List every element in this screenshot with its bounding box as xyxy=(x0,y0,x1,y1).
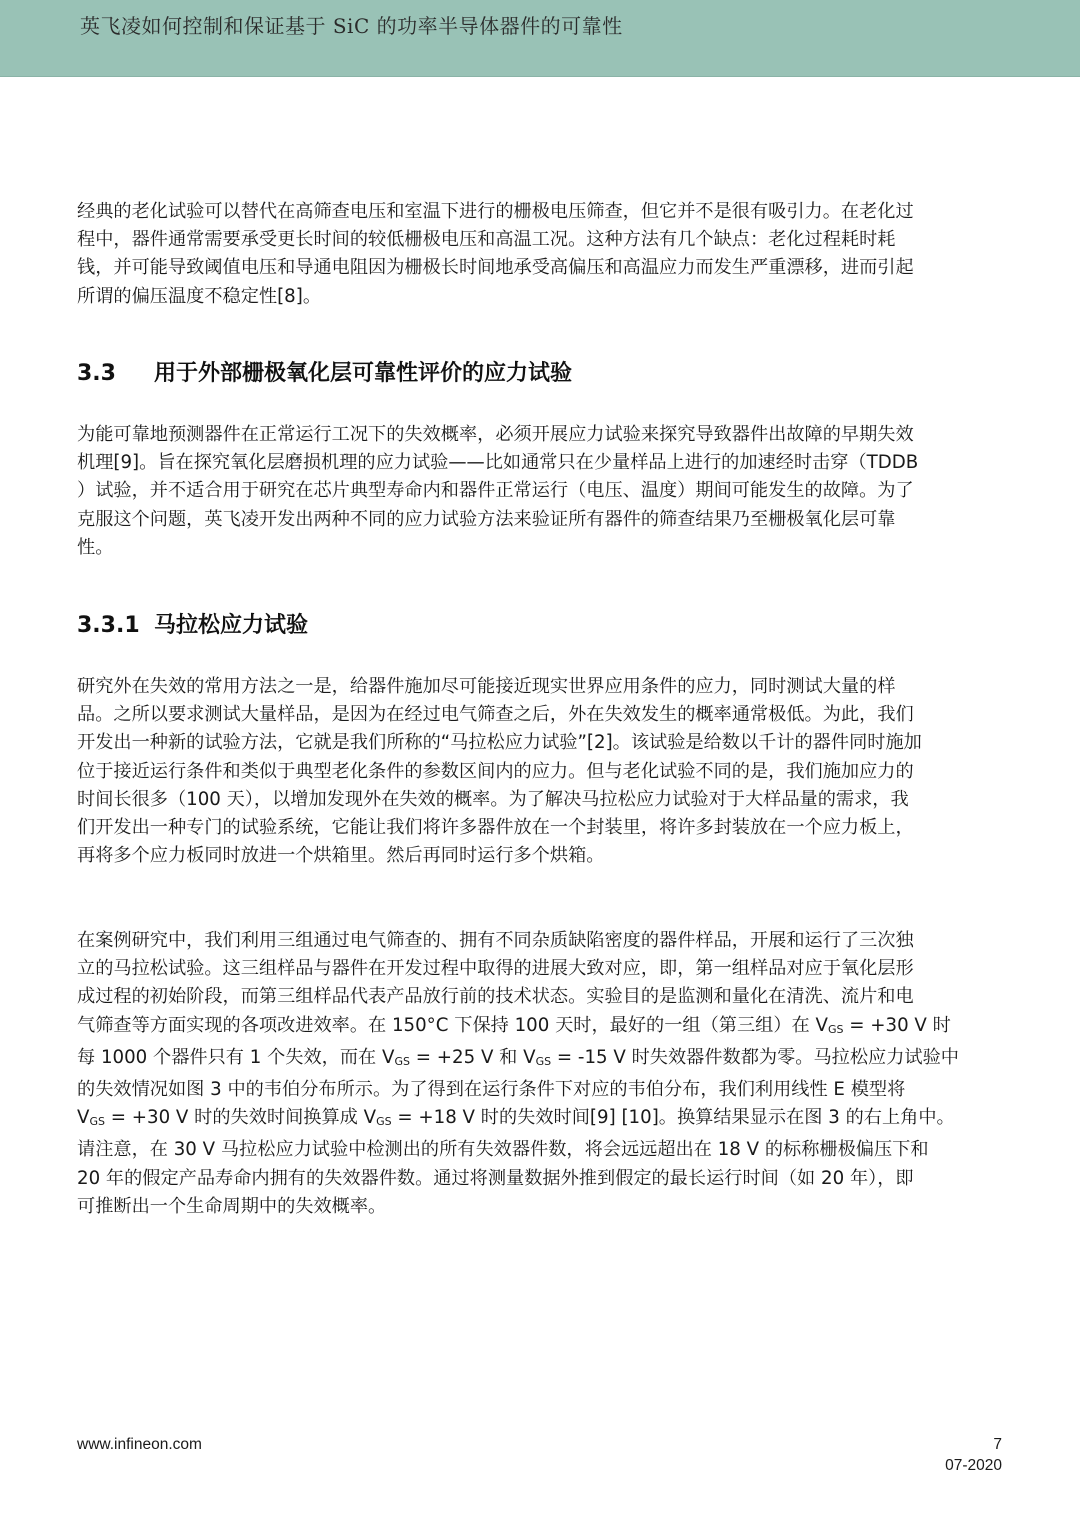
intro-paragraph: 经典的老化试验可以替代在高筛查电压和室温下进行的栅极电压筛查，但它并不是很有吸引… xyxy=(77,198,1002,311)
section-title: 马拉松应力试验 xyxy=(154,613,308,638)
text-run: = +25 V 和 V xyxy=(410,1047,536,1068)
text-line: 20 年的假定产品寿命内拥有的失效器件数。通过将测量数据外推到假定的最长运行时间… xyxy=(77,1165,1002,1193)
subscript-gs: GS xyxy=(89,1115,105,1128)
text-run: 每 1000 个器件只有 1 个失效，而在 V xyxy=(77,1047,394,1068)
text-line-with-subscript: 每 1000 个器件只有 1 个失效，而在 VGS = +25 V 和 VGS … xyxy=(77,1044,1002,1076)
subscript-gs: GS xyxy=(394,1055,410,1068)
text-run: = +30 V 时的失效时间换算成 V xyxy=(105,1107,376,1128)
text-line: 请注意，在 30 V 马拉松应力试验中检测出的所有失效器件数，将会远远超出在 1… xyxy=(77,1136,1002,1164)
section-3-3-paragraph: 为能可靠地预测器件在正常运行工况下的失效概率，必须开展应力试验来探究导致器件出故… xyxy=(77,421,1002,562)
text-line: 立的马拉松试验。这三组样品与器件在开发过程中取得的进展大致对应，即，第一组样品对… xyxy=(77,955,1002,983)
document-date: 07-2020 xyxy=(945,1455,1002,1476)
text-line: 位于接近运行条件和类似于典型老化条件的参数区间内的应力。但与老化试验不同的是，我… xyxy=(77,758,1002,786)
text-line: 研究外在失效的常用方法之一是，给器件施加尽可能接近现实世界应用条件的应力，同时测… xyxy=(77,673,1002,701)
text-line: 可推断出一个生命周期中的失效概率。 xyxy=(77,1193,1002,1221)
text-line: 所谓的偏压温度不稳定性[8]。 xyxy=(77,283,1002,311)
text-run: 气筛查等方面实现的各项改进效率。在 150°C 下保持 100 天时，最好的一组… xyxy=(77,1015,828,1036)
section-3-3-1-paragraph-2: 在案例研究中，我们利用三组通过电气筛查的、拥有不同杂质缺陷密度的器件样品，开展和… xyxy=(77,927,1002,1221)
text-line: 克服这个问题，英飞凌开发出两种不同的应力试验方法来验证所有器件的筛查结果乃至栅极… xyxy=(77,506,1002,534)
section-heading-3-3-1: 3.3.1马拉松应力试验 xyxy=(77,608,308,639)
text-line: 开发出一种新的试验方法，它就是我们所称的“马拉松应力试验”[2]。该试验是给数以… xyxy=(77,729,1002,757)
text-line-with-subscript: 气筛查等方面实现的各项改进效率。在 150°C 下保持 100 天时，最好的一组… xyxy=(77,1012,1002,1044)
section-number: 3.3 xyxy=(77,361,154,386)
text-line: 为能可靠地预测器件在正常运行工况下的失效概率，必须开展应力试验来探究导致器件出故… xyxy=(77,421,1002,449)
text-run: = +30 V 时 xyxy=(843,1015,950,1036)
text-line: 成过程的初始阶段，而第三组样品代表产品放行前的技术状态。实验目的是监测和量化在清… xyxy=(77,983,1002,1011)
text-line-with-subscript: VGS = +30 V 时的失效时间换算成 VGS = +18 V 时的失效时间… xyxy=(77,1104,1002,1136)
text-line: 经典的老化试验可以替代在高筛查电压和室温下进行的栅极电压筛查，但它并不是很有吸引… xyxy=(77,198,1002,226)
text-line: 机理[9]。旨在探究氧化层磨损机理的应力试验——比如通常只在少量样品上进行的加速… xyxy=(77,449,1002,477)
footer-page-info: 7 07-2020 xyxy=(945,1434,1002,1476)
document-title: 英飞凌如何控制和保证基于 SiC 的功率半导体器件的可靠性 xyxy=(80,10,623,39)
text-run: V xyxy=(77,1107,89,1128)
text-line: 钱，并可能导致阈值电压和导通电阻因为栅极长时间地承受高偏压和高温应力而发生严重漂… xyxy=(77,254,1002,282)
text-line: 程中，器件通常需要承受更长时间的较低栅极电压和高温工况。这种方法有几个缺点：老化… xyxy=(77,226,1002,254)
text-line: 在案例研究中，我们利用三组通过电气筛查的、拥有不同杂质缺陷密度的器件样品，开展和… xyxy=(77,927,1002,955)
section-title: 用于外部栅极氧化层可靠性评价的应力试验 xyxy=(154,361,572,386)
text-line: 性。 xyxy=(77,534,1002,562)
text-line: 再将多个应力板同时放进一个烘箱里。然后再同时运行多个烘箱。 xyxy=(77,842,1002,870)
text-line: ）试验，并不适合用于研究在芯片典型寿命内和器件正常运行（电压、温度）期间可能发生… xyxy=(77,477,1002,505)
section-heading-3-3: 3.3用于外部栅极氧化层可靠性评价的应力试验 xyxy=(77,356,572,387)
header-band: 英飞凌如何控制和保证基于 SiC 的功率半导体器件的可靠性 xyxy=(0,0,1080,77)
text-run: = -15 V 时失效器件数都为零。马拉松应力试验中 xyxy=(551,1047,959,1068)
page-number: 7 xyxy=(945,1434,1002,1455)
section-3-3-1-paragraph-1: 研究外在失效的常用方法之一是，给器件施加尽可能接近现实世界应用条件的应力，同时测… xyxy=(77,673,1002,870)
footer-website-link[interactable]: www.infineon.com xyxy=(77,1436,202,1454)
section-number: 3.3.1 xyxy=(77,613,154,638)
subscript-gs: GS xyxy=(828,1023,844,1036)
text-line: 品。之所以要求测试大量样品，是因为在经过电气筛查之后，外在失效发生的概率通常极低… xyxy=(77,701,1002,729)
subscript-gs: GS xyxy=(536,1055,552,1068)
text-run: = +18 V 时的失效时间[9] [10]。换算结果显示在图 3 的右上角中。 xyxy=(392,1107,955,1128)
text-line: 的失效情况如图 3 中的韦伯分布所示。为了得到在运行条件下对应的韦伯分布，我们利… xyxy=(77,1076,1002,1104)
subscript-gs: GS xyxy=(376,1115,392,1128)
text-line: 们开发出一种专门的试验系统，它能让我们将许多器件放在一个封装里，将许多封装放在一… xyxy=(77,814,1002,842)
text-line: 时间长很多（100 天），以增加发现外在失效的概率。为了解决马拉松应力试验对于大… xyxy=(77,786,1002,814)
